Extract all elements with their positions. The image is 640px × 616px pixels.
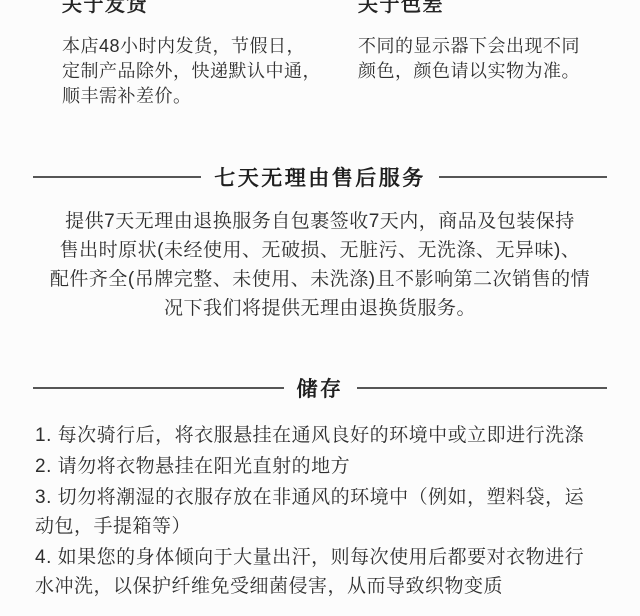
color-difference-body: 不同的显示器下会出现不同 颜色，颜色请以实物为准。 (358, 34, 618, 84)
storage-divider: 储存 (33, 373, 607, 403)
after-sale-divider: 七天无理由售后服务 (33, 162, 607, 192)
storage-item-3: 3. 切勿将潮湿的衣服存放在非通风的环境中（例如，塑料袋，运 (35, 483, 610, 512)
storage-title: 储存 (297, 373, 344, 403)
shipping-line: 顺丰需补差价。 (62, 84, 334, 109)
color-difference-title: 关于色差 (358, 0, 618, 18)
storage-item-4-continued: 水冲洗，以保护纤维免受细菌侵害，从而导致织物变质 (35, 572, 610, 601)
divider-line-left (33, 387, 284, 389)
color-difference-line: 不同的显示器下会出现不同 (358, 34, 618, 59)
after-sale-body: 提供7天无理由退换服务自包裹签收7天内，商品及包装保持 售出时原状(未经使用、无… (0, 207, 640, 323)
storage-item-3-continued: 动包，手提箱等） (35, 512, 610, 541)
after-sale-line: 售出时原状(未经使用、无破损、无脏污、无洗涤、无异味)、 (0, 236, 640, 265)
divider-line-left (33, 176, 201, 178)
storage-item-4: 4. 如果您的身体倾向于大量出汗，则每次使用后都要对衣物进行 (35, 543, 610, 572)
storage-item-2: 2. 请勿将衣物悬挂在阳光直射的地方 (35, 452, 610, 481)
divider-line-right (439, 176, 607, 178)
storage-item-1: 1. 每次骑行后，将衣服悬挂在通风良好的环境中或立即进行洗涤 (35, 421, 610, 450)
after-sale-title: 七天无理由售后服务 (214, 162, 426, 192)
after-sale-line: 提供7天无理由退换服务自包裹签收7天内，商品及包装保持 (0, 207, 640, 236)
shipping-line: 定制产品除外，快递默认中通， (62, 59, 334, 84)
top-section: 关于发货 本店48小时内发货，节假日， 定制产品除外，快递默认中通， 顺丰需补差… (0, 0, 640, 109)
storage-list: 1. 每次骑行后，将衣服悬挂在通风良好的环境中或立即进行洗涤 2. 请勿将衣物悬… (35, 421, 610, 601)
color-difference-line: 颜色，颜色请以实物为准。 (358, 59, 618, 84)
shipping-section: 关于发货 本店48小时内发货，节假日， 定制产品除外，快递默认中通， 顺丰需补差… (62, 0, 334, 109)
divider-line-right (357, 387, 608, 389)
color-difference-section: 关于色差 不同的显示器下会出现不同 颜色，颜色请以实物为准。 (358, 0, 618, 109)
after-sale-line: 配件齐全(吊牌完整、未使用、未洗涤)且不影响第二次销售的情 (0, 265, 640, 294)
product-info-page: 关于发货 本店48小时内发货，节假日， 定制产品除外，快递默认中通， 顺丰需补差… (0, 0, 640, 616)
shipping-body: 本店48小时内发货，节假日， 定制产品除外，快递默认中通， 顺丰需补差价。 (62, 34, 334, 109)
shipping-line: 本店48小时内发货，节假日， (62, 34, 334, 59)
shipping-title: 关于发货 (62, 0, 334, 18)
after-sale-line: 况下我们将提供无理由退换货服务。 (0, 294, 640, 323)
